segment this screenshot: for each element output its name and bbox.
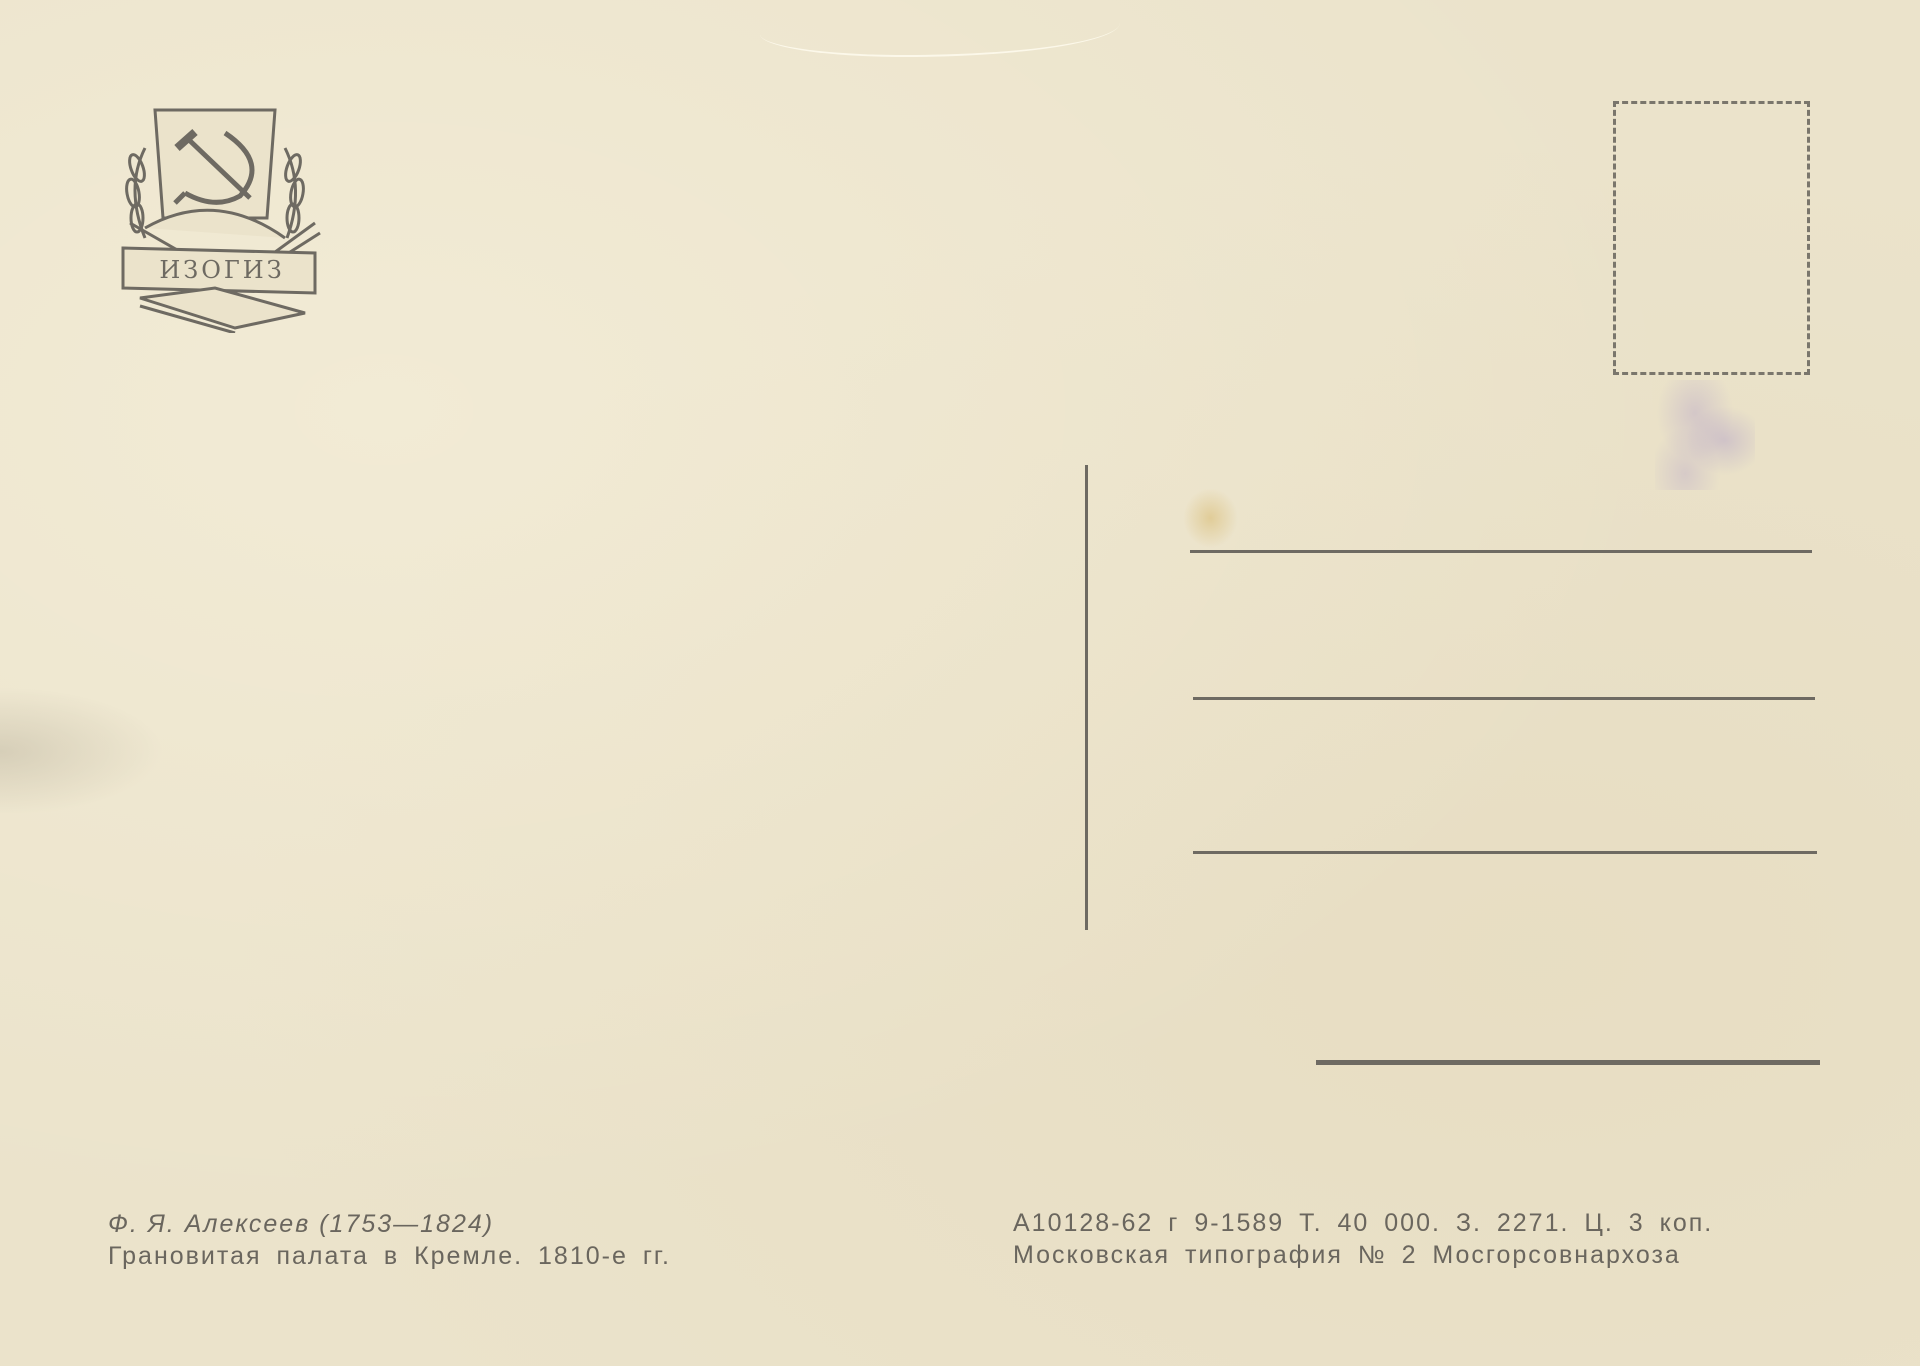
message-address-divider (1085, 465, 1088, 930)
print-info: А10128-62 г 9-1589 Т. 40 000. З. 2271. Ц… (1013, 1207, 1713, 1271)
artwork-title: Грановитая палата в Кремле. 1810-е гг. (108, 1240, 671, 1272)
print-info-line-2: Московская типография № 2 Мосгорсовнархо… (1013, 1239, 1713, 1271)
artwork-caption: Ф. Я. Алексеев (1753—1824) Грановитая па… (108, 1208, 671, 1272)
address-line-2 (1193, 697, 1815, 700)
address-line-3 (1193, 851, 1817, 854)
artwork-author: Ф. Я. Алексеев (1753—1824) (108, 1208, 671, 1240)
postal-code-line (1316, 1060, 1820, 1065)
izogiz-logo: ИЗОГИЗ (115, 108, 327, 333)
stamp-box (1613, 101, 1810, 375)
logo-label: ИЗОГИЗ (137, 256, 307, 284)
print-info-line-1: А10128-62 г 9-1589 Т. 40 000. З. 2271. Ц… (1013, 1207, 1713, 1239)
paper-stain (1183, 488, 1238, 548)
paper-crease (760, 0, 1120, 57)
address-line-1 (1190, 550, 1812, 553)
ink-smudge (1655, 380, 1755, 490)
